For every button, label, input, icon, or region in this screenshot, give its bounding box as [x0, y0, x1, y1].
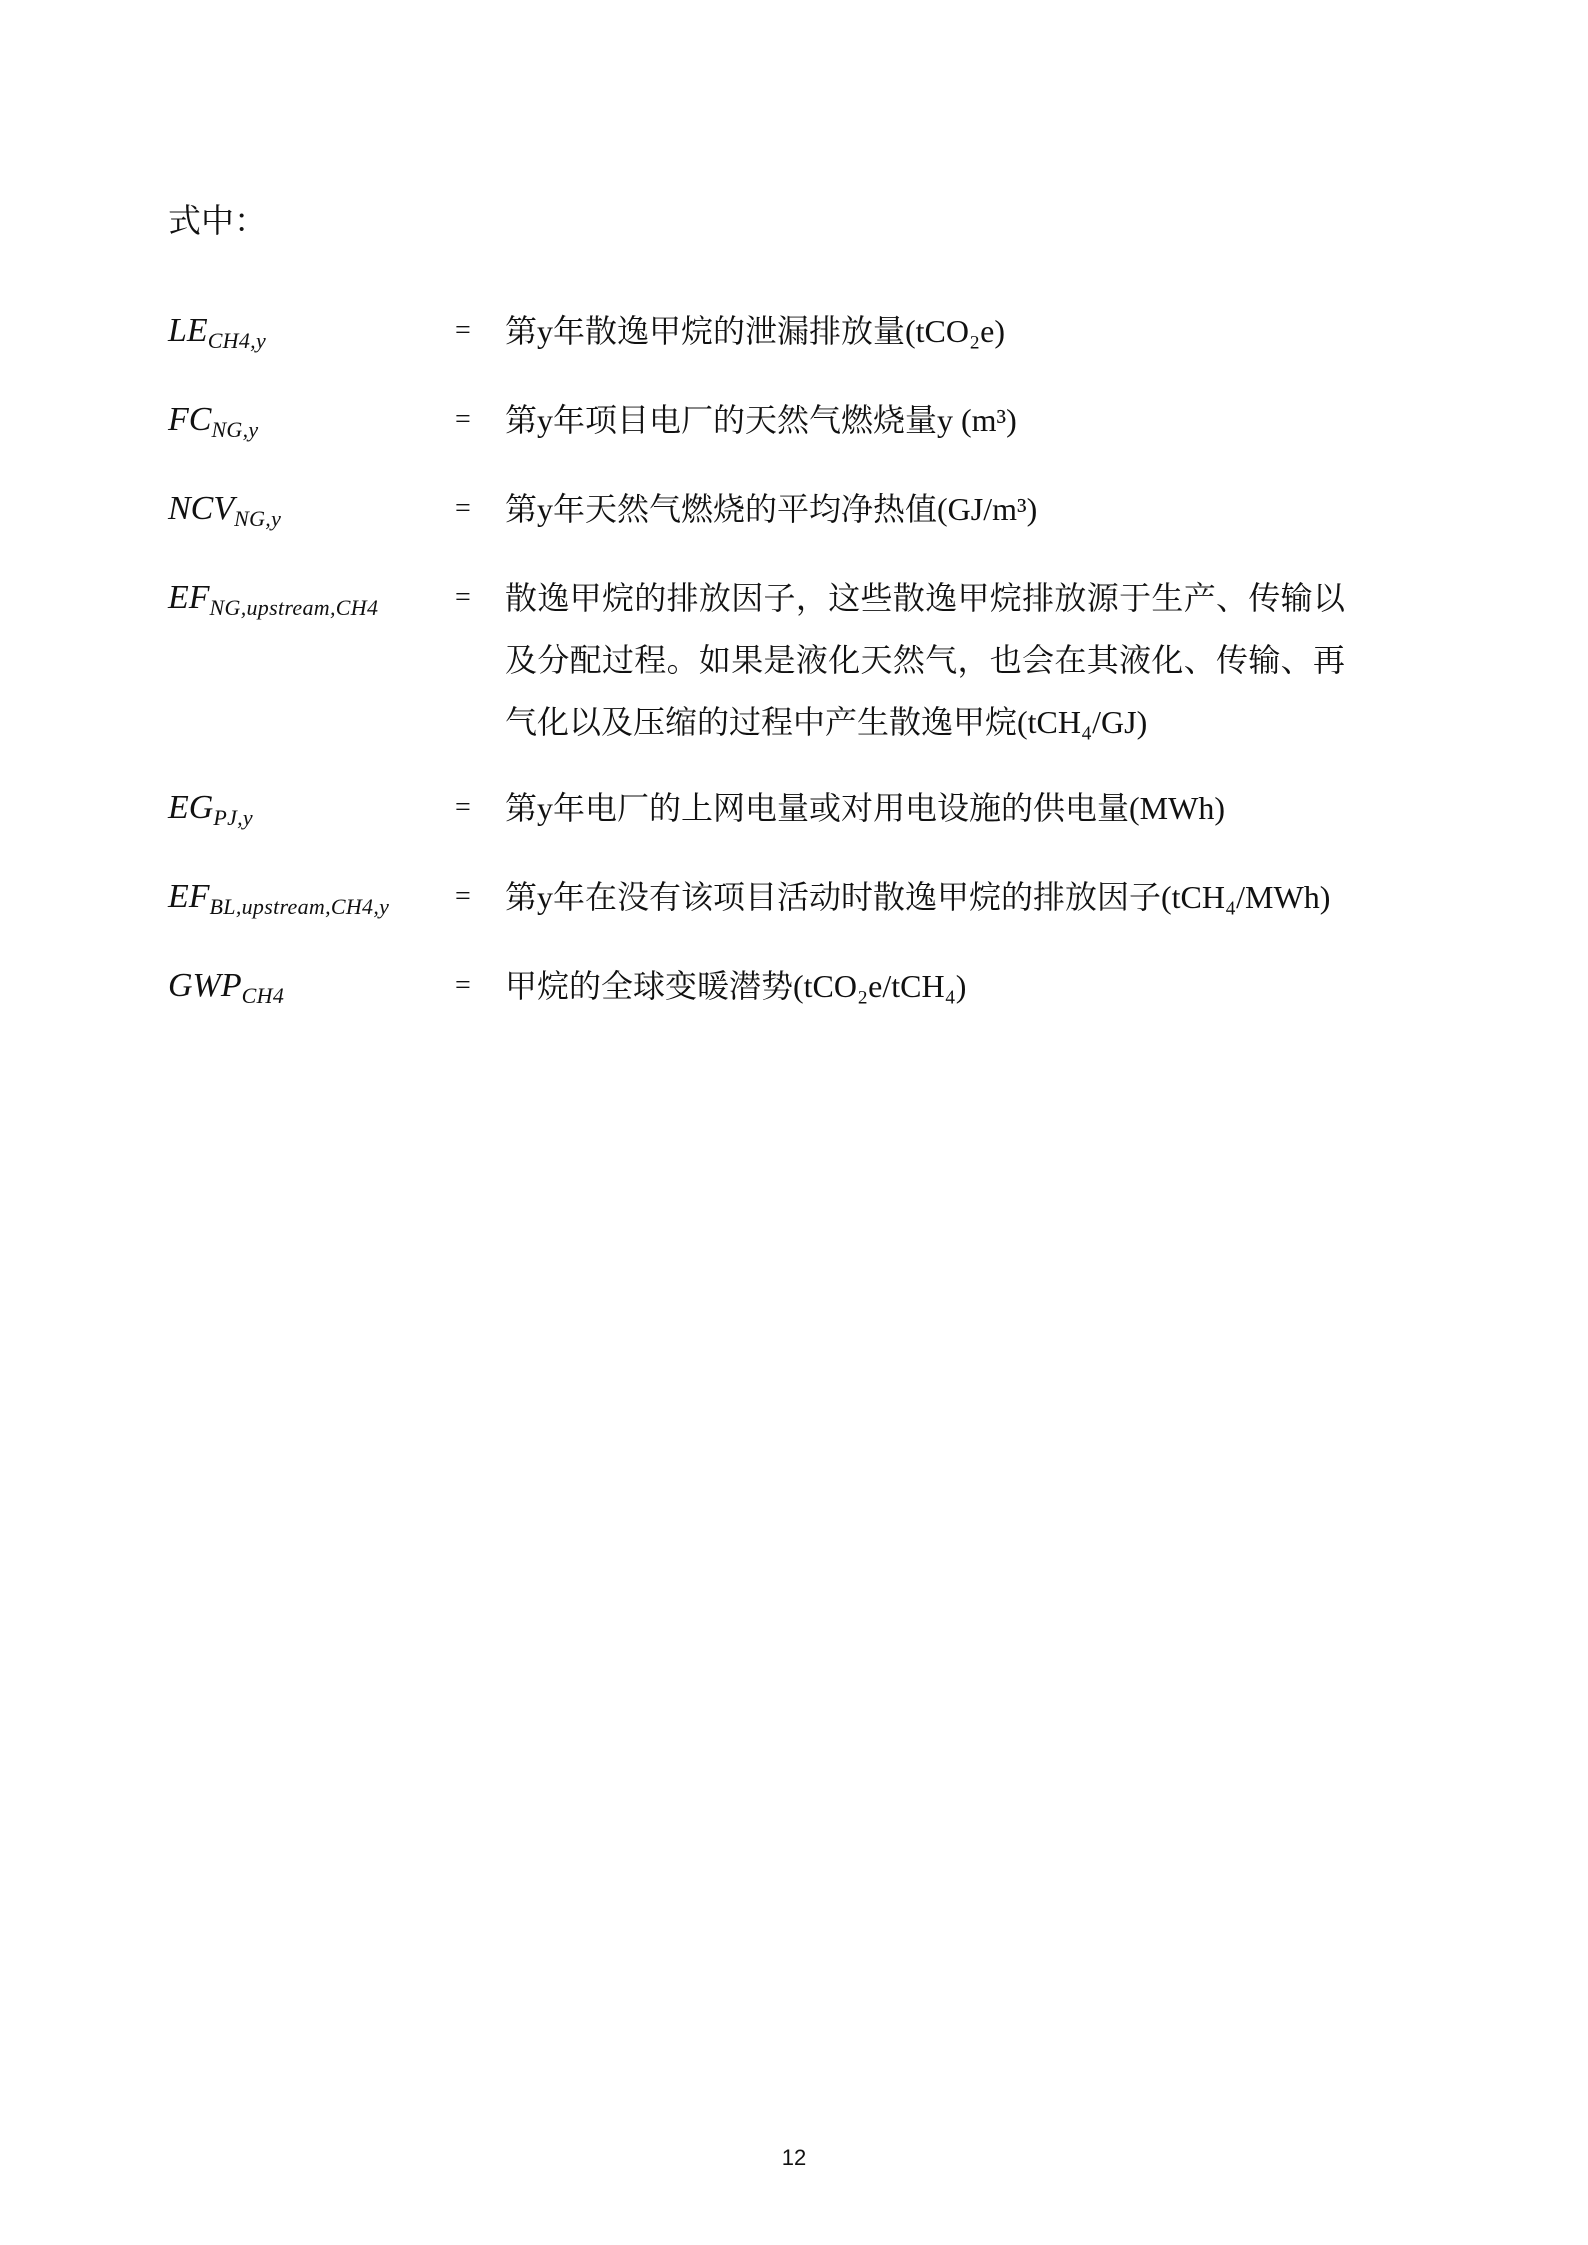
variable-symbol: EGPJ,y — [168, 777, 455, 842]
document-page: 式中： LECH4,y = 第y年散逸甲烷的泄漏排放量(tCO₂e) FCNG,… — [0, 0, 1588, 2245]
symbol-subscript: NG,upstream,CH4 — [210, 595, 379, 620]
definition-row-gwpch4: GWPCH4 = 甲烷的全球变暖潜势(tCO₂e/tCH₄) — [168, 955, 1345, 1020]
variable-symbol: LECH4,y — [168, 300, 455, 365]
symbol-main: NCV — [168, 490, 234, 527]
equals-sign: = — [455, 866, 505, 931]
variable-symbol: FCNG,y — [168, 389, 455, 454]
symbol-subscript: PJ,y — [213, 805, 253, 830]
document-body: { "page": { "heading": "式中：", "page_numb… — [0, 0, 1588, 2245]
symbol-subscript: CH4,y — [208, 328, 266, 353]
equals-sign: = — [455, 478, 505, 543]
symbol-subscript: NG,y — [211, 417, 258, 442]
definition-row-efblupstreamch4y: EFBL,upstream,CH4,y = 第y年在没有该项目活动时散逸甲烷的排… — [168, 866, 1345, 931]
definition-row-fcngy: FCNG,y = 第y年项目电厂的天然气燃烧量y (m³) — [168, 389, 1345, 454]
variable-symbol: NCVNG,y — [168, 478, 455, 543]
equals-sign: = — [455, 389, 505, 454]
variable-description: 散逸甲烷的排放因子，这些散逸甲烷排放源于生产、传输以及分配过程。如果是液化天然气… — [505, 567, 1345, 753]
symbol-subscript: CH4 — [242, 983, 284, 1008]
variable-description: 第y年天然气燃烧的平均净热值(GJ/m³) — [505, 478, 1345, 543]
variable-definition-list: LECH4,y = 第y年散逸甲烷的泄漏排放量(tCO₂e) FCNG,y = … — [168, 300, 1345, 1020]
symbol-main: EF — [168, 579, 210, 616]
symbol-main: GWP — [168, 967, 242, 1004]
symbol-main: EF — [168, 878, 210, 915]
equals-sign: = — [455, 300, 505, 365]
variable-symbol: EFBL,upstream,CH4,y — [168, 866, 455, 931]
variable-description: 第y年项目电厂的天然气燃烧量y (m³) — [505, 389, 1345, 454]
symbol-main: LE — [168, 312, 208, 349]
definition-row-lech4y: LECH4,y = 第y年散逸甲烷的泄漏排放量(tCO₂e) — [168, 300, 1345, 365]
equals-sign: = — [455, 777, 505, 842]
definition-row-ncvngy: NCVNG,y = 第y年天然气燃烧的平均净热值(GJ/m³) — [168, 478, 1345, 543]
page-number: 12 — [0, 2145, 1588, 2171]
symbol-subscript: NG,y — [234, 506, 281, 531]
definition-row-egpjy: EGPJ,y = 第y年电厂的上网电量或对用电设施的供电量(MWh) — [168, 777, 1345, 842]
symbol-subscript: BL,upstream,CH4,y — [210, 894, 390, 919]
formula-where-heading: 式中： — [168, 196, 1345, 248]
variable-description: 甲烷的全球变暖潜势(tCO₂e/tCH₄) — [505, 955, 1345, 1020]
variable-symbol: EFNG,upstream,CH4 — [168, 567, 455, 753]
symbol-main: EG — [168, 789, 213, 826]
variable-description: 第y年电厂的上网电量或对用电设施的供电量(MWh) — [505, 777, 1345, 842]
symbol-main: FC — [168, 401, 211, 438]
equals-sign: = — [455, 567, 505, 753]
equals-sign: = — [455, 955, 505, 1020]
variable-description: 第y年在没有该项目活动时散逸甲烷的排放因子(tCH₄/MWh) — [505, 866, 1345, 931]
variable-description: 第y年散逸甲烷的泄漏排放量(tCO₂e) — [505, 300, 1345, 365]
page-content: 式中： LECH4,y = 第y年散逸甲烷的泄漏排放量(tCO₂e) FCNG,… — [0, 0, 1588, 1020]
definition-row-efngupstreamch4: EFNG,upstream,CH4 = 散逸甲烷的排放因子，这些散逸甲烷排放源于… — [168, 567, 1345, 753]
variable-symbol: GWPCH4 — [168, 955, 455, 1020]
